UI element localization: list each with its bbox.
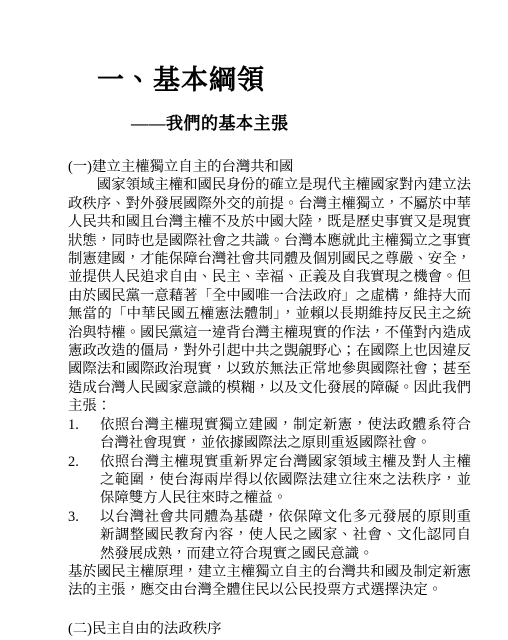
section-1-heading: (一)建立主權獨立自主的台灣共和國 [68,158,471,176]
document-title: 一、基本綱領 [97,58,265,97]
document-page: 一、基本綱領 ——我們的基本主張 (一)建立主權獨立自主的台灣共和國 國家領域主… [0,0,508,640]
section-1-numbered-list: 1. 依照台灣主權現實獨立建國，制定新憲，使法政體系符合台灣社會現實，並依據國際… [68,416,471,563]
section-1-paragraph: 國家領域主權和國民身份的確立是現代主權國家對內建立法政秩序、對外發展國際外交的前… [68,176,471,415]
list-item-text: 以台灣社會共同體為基礎，依保障文化多元發展的原則重新調整國民教育內容，使人民之國… [100,508,471,563]
document-body: (一)建立主權獨立自主的台灣共和國 國家領域主權和國民身份的確立是現代主權國家對… [68,158,471,638]
list-item: 2. 依照台灣主權現實重新界定台灣國家領域主權及對人主權之範圍，使台海兩岸得以依… [68,453,471,508]
list-item: 3. 以台灣社會共同體為基礎，依保障文化多元發展的原則重新調整國民教育內容，使人… [68,508,471,563]
document-subtitle: ——我們的基本主張 [131,109,289,134]
list-item-text: 依照台灣主權現實獨立建國，制定新憲，使法政體系符合台灣社會現實，並依據國際法之原… [100,416,471,453]
list-item-number: 1. [68,416,100,434]
list-item: 1. 依照台灣主權現實獨立建國，制定新憲，使法政體系符合台灣社會現實，並依據國際… [68,416,471,453]
list-item-number: 2. [68,453,100,471]
list-item-number: 3. [68,508,100,526]
section-2-heading: (二)民主自由的法政秩序 [68,620,471,638]
section-1-closing-paragraph: 基於國民主權原理，建立主權獨立自主的台灣共和國及制定新憲法的主張，應交由台灣全體… [68,563,471,600]
list-item-text: 依照台灣主權現實重新界定台灣國家領域主權及對人主權之範圍，使台海兩岸得以依國際法… [100,453,471,508]
